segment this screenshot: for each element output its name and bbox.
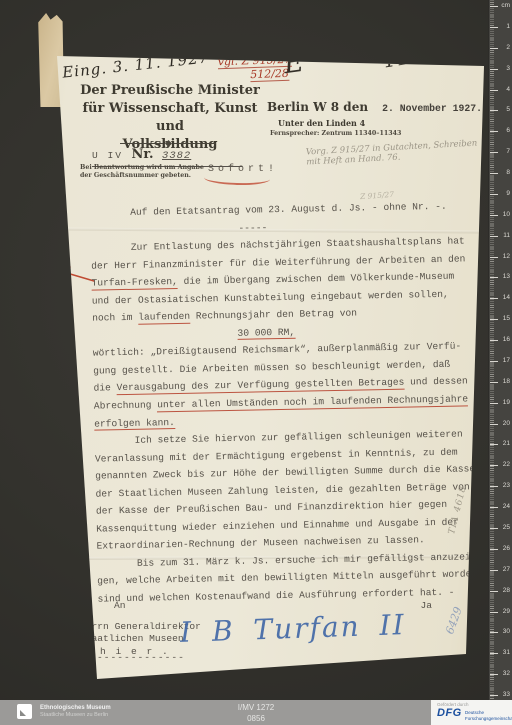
ruler-cm-tick xyxy=(490,591,498,592)
letterhead-small-print: Bei Beantwortung wird um Angabe der Gesc… xyxy=(80,164,204,180)
ruler-cm-tick xyxy=(490,277,498,278)
ruler-cm-tick xyxy=(490,674,498,675)
ruler-cm-label: 27 xyxy=(503,566,510,574)
ruler-cm-label: 13 xyxy=(503,273,510,281)
ruler-cm-label: 2 xyxy=(506,44,510,52)
ruler-cm-label: 29 xyxy=(503,608,510,616)
ruler-cm-tick xyxy=(490,361,498,362)
ruler-cm-label: 9 xyxy=(506,190,510,198)
ruler-cm-label: 26 xyxy=(503,545,510,553)
ruler-cm-label: 10 xyxy=(503,211,510,219)
ruler-cm-tick xyxy=(490,340,498,341)
red-underlined-text: 30 000 RM, xyxy=(237,327,295,341)
ruler-cm-label: 17 xyxy=(503,357,510,365)
ruler-cm-label: 31 xyxy=(503,649,510,657)
file-number-handwritten: 1183/27 xyxy=(382,37,470,72)
ruler-cm-label: 19 xyxy=(503,399,510,407)
red-underline-swoosh xyxy=(204,176,270,186)
ruler-cm-label: 1 xyxy=(506,23,510,31)
cm-ruler: cm12345678910111213141516171819202122232… xyxy=(488,0,512,725)
ruler-cm-label: 24 xyxy=(503,503,510,511)
ruler-cm-label: 25 xyxy=(503,524,510,532)
ruler-cm-tick xyxy=(490,110,498,111)
ruler-cm-tick xyxy=(490,465,498,466)
initial-flourish: E xyxy=(282,47,306,80)
ruler-cm-tick xyxy=(490,319,498,320)
ruler-cm-tick xyxy=(490,90,498,91)
date-typed: 2. November 1927. xyxy=(382,103,482,114)
ruler-cm-label: 20 xyxy=(503,420,510,428)
ruler-cm-label: 14 xyxy=(503,294,510,302)
red-underlined-text: Turfan-Fresken, xyxy=(91,276,178,290)
pencil-annotation: Vorg. Z 915/27 in Gutachten, Schreiben m… xyxy=(306,139,478,168)
ruler-cm-tick xyxy=(490,69,498,70)
ruler-cm-tick xyxy=(490,507,498,508)
ruler-cm-label: 16 xyxy=(503,336,510,344)
ruler-cm-tick xyxy=(490,6,498,7)
recipient-underline: ------------- xyxy=(97,652,185,663)
vertical-blue-number: 6429 xyxy=(443,605,465,636)
ruler-cm-tick xyxy=(490,173,498,174)
pencil-reference: Z 915/27 xyxy=(360,190,395,201)
ruler-cm-label: 32 xyxy=(503,670,510,678)
ruler-cm-tick xyxy=(490,632,498,633)
ruler-cm-tick xyxy=(490,27,498,28)
an-label: An xyxy=(90,600,126,611)
ruler-cm-tick xyxy=(490,48,498,49)
ruler-cm-tick xyxy=(490,236,498,237)
ruler-cm-tick xyxy=(490,612,498,613)
ruler-cm-tick xyxy=(490,215,498,216)
ruler-cm-label: 7 xyxy=(506,148,510,156)
ruler-cm-label: 22 xyxy=(503,461,510,469)
ruler-cm-tick xyxy=(490,131,498,132)
blue-registry-note: I B Turfan II xyxy=(179,608,406,649)
ruler-cm-label: 12 xyxy=(503,253,510,261)
ruler-cm-label: 5 xyxy=(506,106,510,114)
red-margin-arrow-icon xyxy=(53,264,95,286)
ruler-cm-label: 8 xyxy=(506,169,510,177)
place-date-line: Berlin W 8 den 2. November 1927. xyxy=(267,100,482,114)
ruler-cm-label: 18 xyxy=(503,378,510,386)
dfg-abbr: DFG xyxy=(437,707,462,719)
ref-prefix: U IV xyxy=(92,150,123,161)
viewer-footer-bar: Ethnologisches Museum Staatliche Museen … xyxy=(0,700,512,725)
ruler-cm-label: cm xyxy=(501,2,510,10)
ruler-cm-label: 30 xyxy=(503,628,510,636)
ruler-cm-tick xyxy=(490,570,498,571)
ruler-cm-tick xyxy=(490,257,498,258)
letter-paper: Eing. 3. 11. 1927 Der Preußische Ministe… xyxy=(0,0,512,725)
ruler-cm-tick xyxy=(490,382,498,383)
ruler-cm-label: 33 xyxy=(503,691,510,699)
pencil-vii-mark: VII xyxy=(65,643,80,655)
ruler-cm-tick xyxy=(490,444,498,445)
red-underlined-text: erfolgen kann. xyxy=(94,417,175,431)
scanned-letter-view: cm12345678910111213141516171819202122232… xyxy=(0,0,512,725)
city-label: Berlin W 8 den xyxy=(267,100,368,114)
ruler-cm-tick xyxy=(490,403,498,404)
ruler-cm-label: 3 xyxy=(506,65,510,73)
ref-nr-label: Nr. xyxy=(131,147,153,162)
ruler-cm-tick xyxy=(490,695,498,696)
ruler-cm-tick xyxy=(490,194,498,195)
ruler-cm-label: 6 xyxy=(506,127,510,135)
dfg-fulltext: Deutsche Forschungsgemeinschaft xyxy=(465,710,512,721)
ruler-cm-tick xyxy=(490,653,498,654)
urgency-note: Sofort! xyxy=(208,164,278,175)
ruler-cm-tick xyxy=(490,152,498,153)
letter-body: Auf den Etatsantrag vom 23. August d. Js… xyxy=(90,200,496,611)
phone-line: Fernsprecher: Zentrum 11340–11343 xyxy=(270,130,401,137)
red-underlined-text: laufenden xyxy=(138,311,190,324)
sender-line: für Wissenschaft, Kunst und xyxy=(80,100,260,136)
ruler-cm-label: 4 xyxy=(506,86,510,94)
ruler-cm-label: 15 xyxy=(503,315,510,323)
ruler-cm-tick xyxy=(490,486,498,487)
received-date-note: Eing. 3. 11. 1927 xyxy=(61,48,210,81)
ruler-cm-tick xyxy=(490,298,498,299)
ruler-cm-tick xyxy=(490,549,498,550)
clerk-initials: Ja xyxy=(420,600,432,611)
dfg-logo: Gefördert durch DFG Deutsche Forschungsg… xyxy=(431,700,512,725)
ruler-cm-label: 28 xyxy=(503,587,510,595)
ruler-cm-tick xyxy=(490,528,498,529)
ruler-mm-ticks xyxy=(490,0,494,725)
ref-number: 3382 xyxy=(162,150,191,162)
ruler-cm-label: 23 xyxy=(503,482,510,490)
sender-line: Der Preußische Minister xyxy=(80,82,260,100)
ruler-cm-tick xyxy=(490,424,498,425)
red-reference-notes: vgl. Z 915/27 512/28 xyxy=(218,53,293,84)
street-address: Unter den Linden 4 xyxy=(278,118,365,128)
ruler-cm-label: 21 xyxy=(503,440,510,448)
ruler-cm-label: 11 xyxy=(503,232,510,240)
